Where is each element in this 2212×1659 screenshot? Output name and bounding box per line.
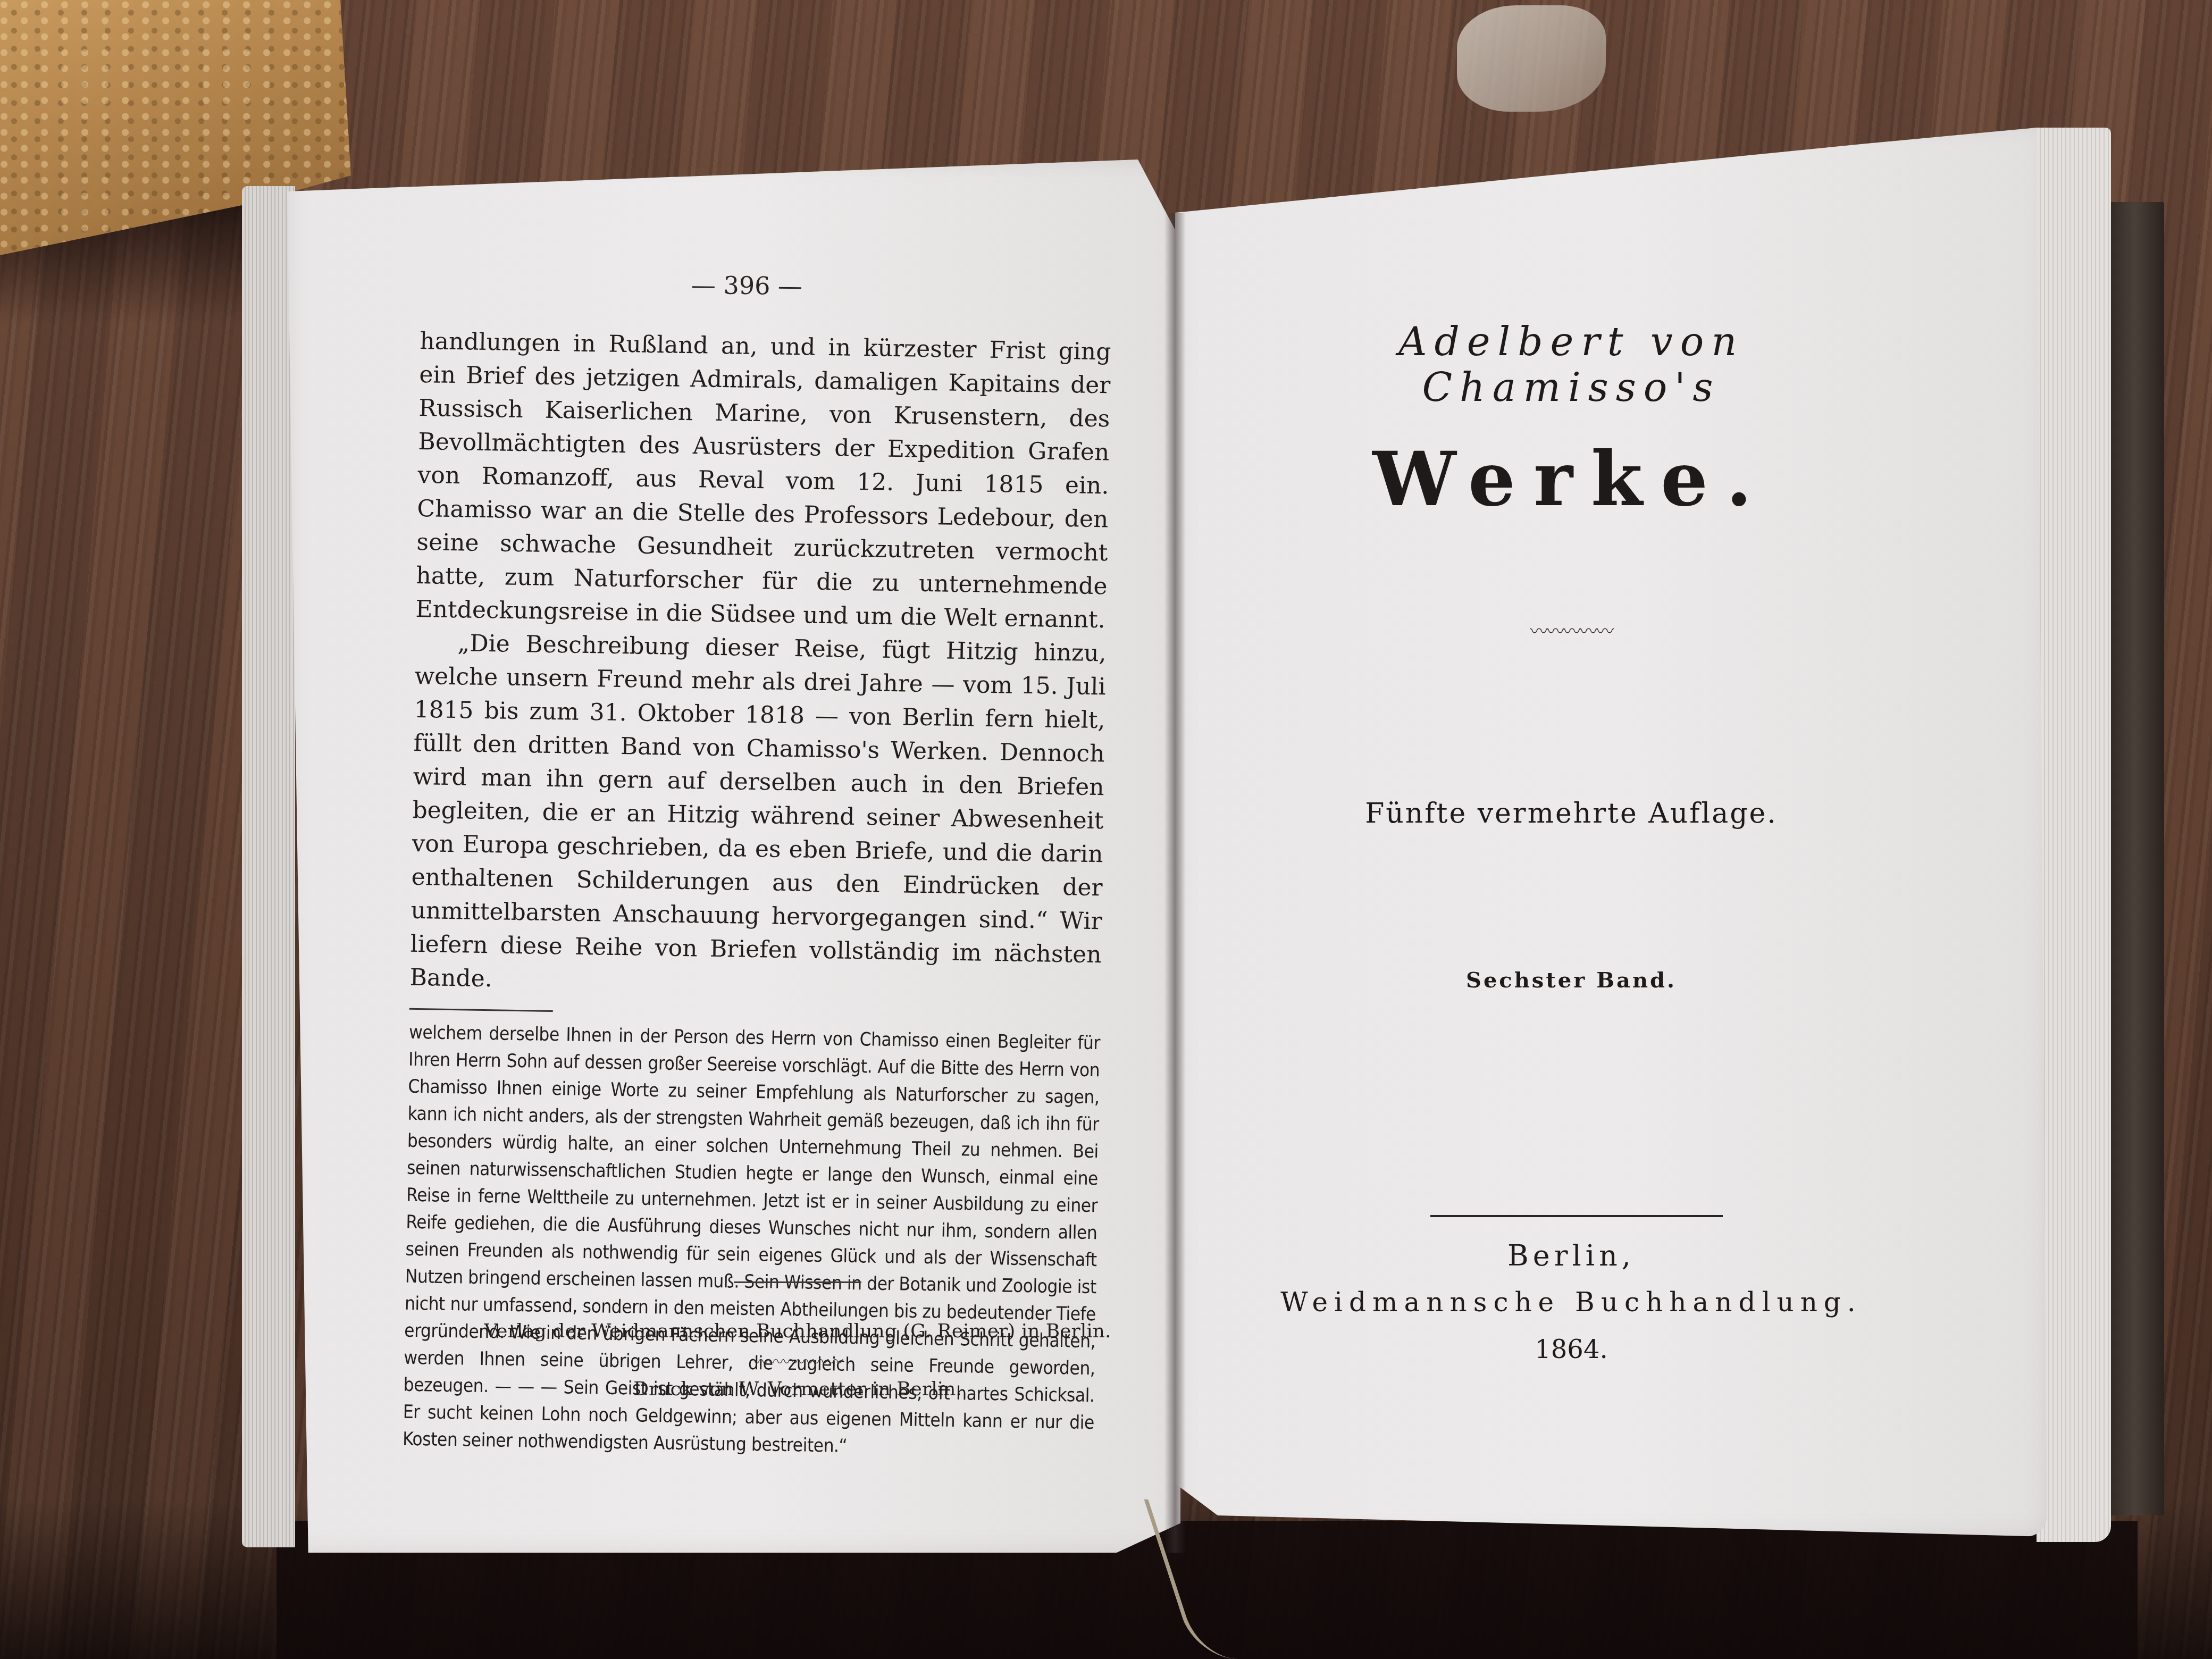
author-name: Adelbert von Chamisso's xyxy=(1266,319,1877,410)
publisher-line: Verlag der Weidmannschen Buchhandlung (G… xyxy=(479,1320,1117,1342)
footnote-rule xyxy=(409,1008,553,1012)
book-gutter xyxy=(1164,213,1186,1553)
ornament-wave: 〰〰〰〰〰〰 xyxy=(479,1348,1117,1372)
photo-scene: — 396 — handlungen in Rußland an, und in… xyxy=(0,0,2212,1659)
page-stack-left xyxy=(242,186,295,1547)
imprint-block: Verlag der Weidmannschen Buchhandlung (G… xyxy=(479,1281,1117,1400)
page-stack-right xyxy=(2037,128,2111,1542)
book-title: Werke. xyxy=(1266,436,1877,523)
publisher-city: Berlin, xyxy=(1266,1239,1877,1272)
book-cover-edge xyxy=(2106,202,2164,1515)
page-number: — 396 — xyxy=(691,271,803,300)
body-paragraph-2: „Die Beschreibung dieser Reise, fügt Hit… xyxy=(409,626,1107,1005)
volume-line: Sechster Band. xyxy=(1266,968,1877,993)
title-ornament: 〰〰〰〰〰 xyxy=(1266,617,1877,643)
publication-year: 1864. xyxy=(1266,1335,1877,1364)
worn-paint-patch xyxy=(1457,5,1606,112)
body-paragraph-1: handlungen in Rußland an, und in kürzest… xyxy=(415,324,1111,636)
imprint-rule xyxy=(734,1281,861,1283)
printer-line: Druck von W. Vormetter in Berlin. xyxy=(479,1378,1117,1400)
publisher-name: Weidmannsche Buchhandlung. xyxy=(1266,1287,1877,1318)
edition-line: Fünfte vermehrte Auflage. xyxy=(1266,798,1877,829)
publisher-rule xyxy=(1430,1215,1723,1217)
